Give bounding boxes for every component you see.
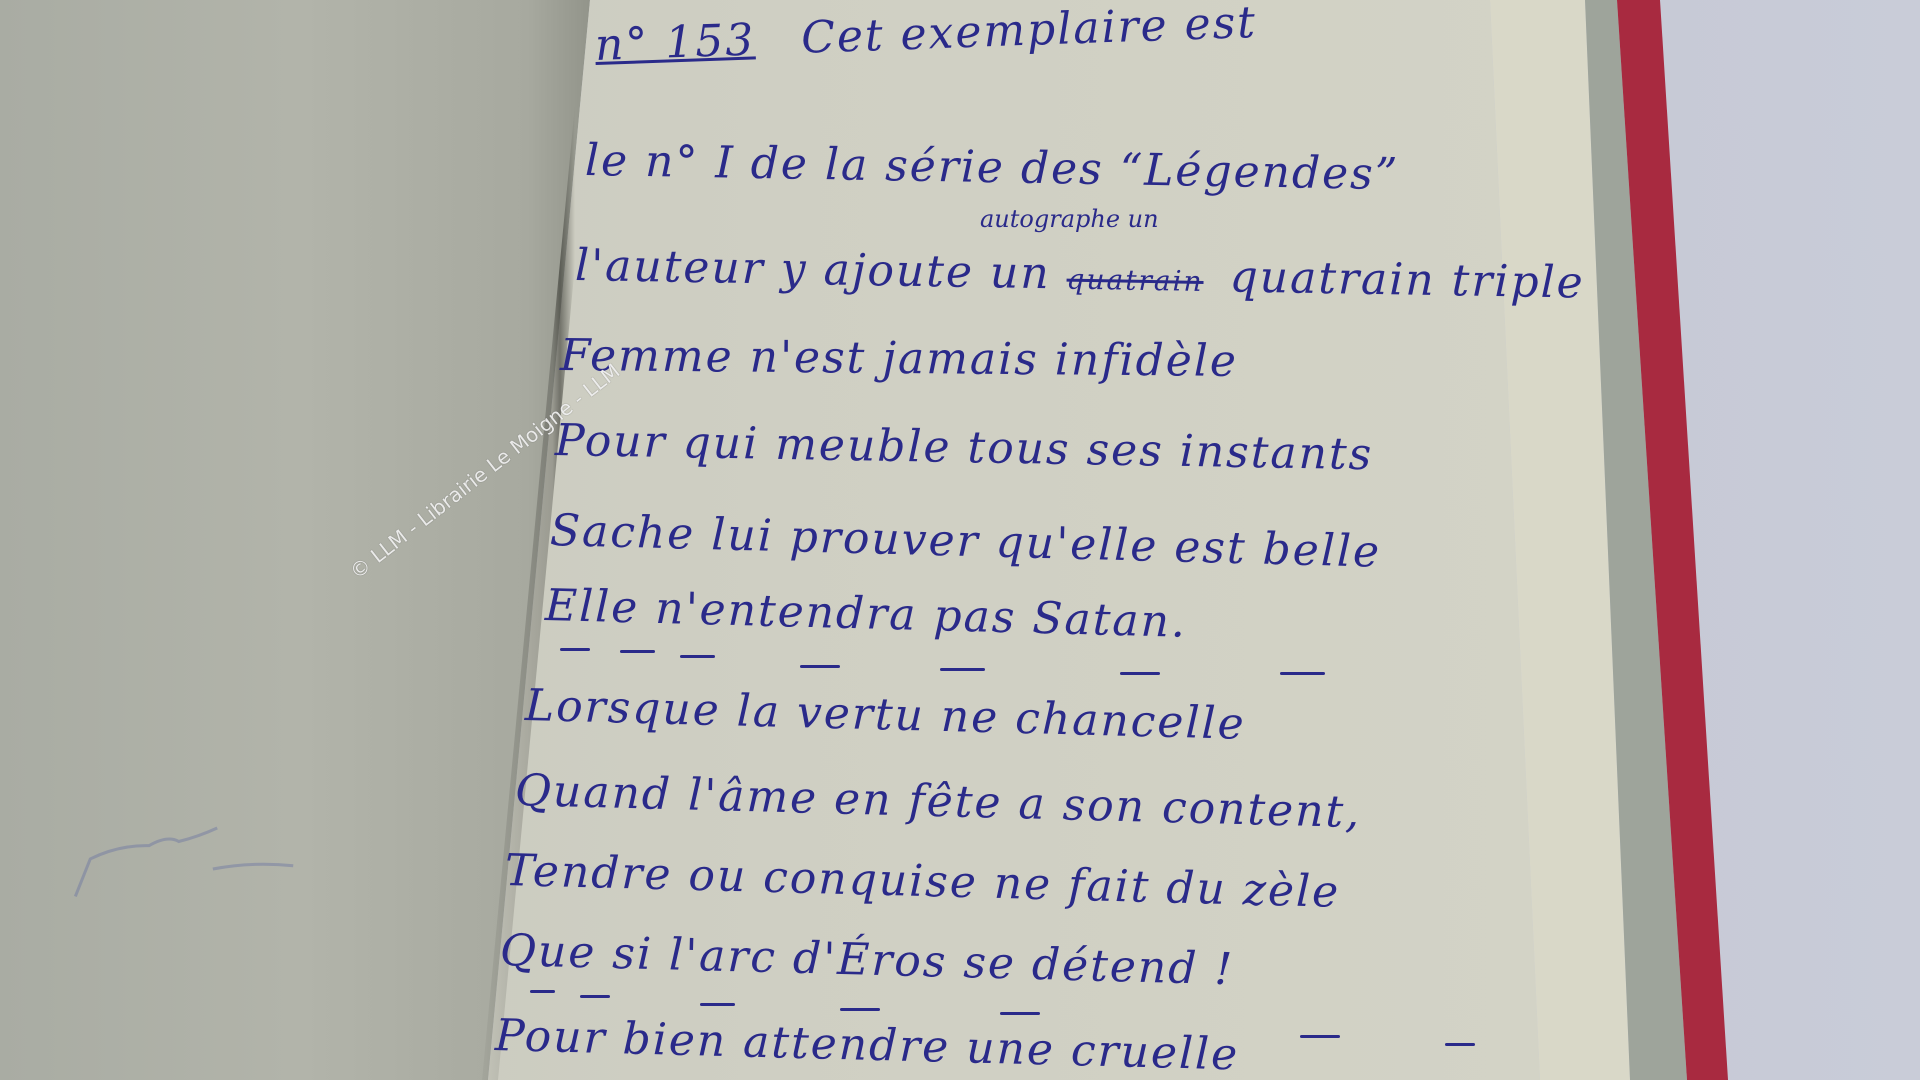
line-8: Quand l'âme en fête a son content, (514, 765, 1362, 838)
insertion-above: autographe un (980, 205, 1159, 233)
header-line: n° 153 Cet exemplaire est (594, 0, 1258, 71)
line-1: le n° I de la série des “Légendes” (585, 135, 1400, 200)
dash (1445, 1043, 1475, 1046)
dash (530, 990, 555, 993)
dash (680, 655, 715, 658)
line-9: Tendre ou conquise ne fait du zèle (504, 845, 1341, 918)
dash (560, 648, 590, 651)
dash (700, 1003, 735, 1006)
line-11: Pour bien attendre une cruelle (494, 1010, 1239, 1080)
dash (620, 650, 655, 653)
dash (840, 1008, 880, 1011)
dash (940, 668, 985, 671)
dash (800, 665, 840, 668)
line-10: Que si l'arc d'Éros se détend ! (499, 925, 1234, 995)
line-5: Sache lui prouver qu'elle est belle (549, 505, 1381, 578)
line-7: Lorsque la vertu ne chancelle (524, 680, 1246, 750)
dash (1300, 1035, 1340, 1038)
line-2-text: l'auteur y ajoute un (575, 240, 1052, 299)
line-3: Femme n'est jamais infidèle (560, 330, 1238, 387)
inserted-phrase: quatrain triple (1229, 251, 1585, 308)
struck-word: quatrain (1066, 263, 1204, 298)
line-2: l'auteur y ajoute un quatrain quatrain t… (575, 240, 1586, 309)
handwritten-text: n° 153 Cet exemplaire est le n° I de la … (0, 0, 1920, 1080)
manuscript-number: n° 153 (594, 14, 756, 71)
line-4: Pour qui meuble tous ses instants (555, 415, 1374, 480)
dash (1280, 672, 1325, 675)
dash (1000, 1012, 1040, 1015)
dash (1120, 672, 1160, 675)
header-text: Cet exemplaire est (800, 0, 1257, 64)
dash (580, 995, 610, 998)
photo-scene: faint illegible pencil/ink marks n° 153 … (0, 0, 1920, 1080)
line-6: Elle n'entendra pas Satan. (544, 580, 1187, 648)
